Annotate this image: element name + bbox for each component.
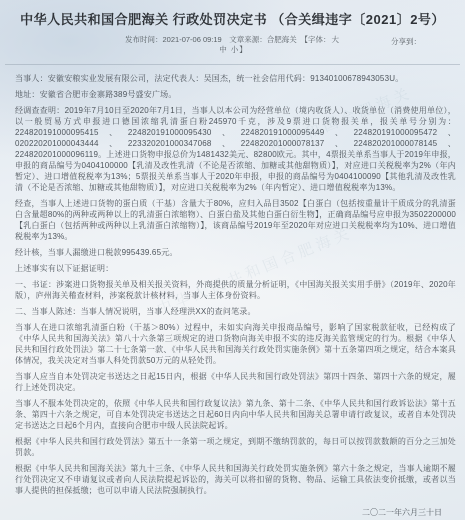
font-size-large-button[interactable]: 大 bbox=[331, 35, 339, 44]
document-page: 中华人民共和国合肥海关 中华人民共和国合肥海关 中华人民共和国合肥海关 行政处罚… bbox=[0, 0, 465, 520]
paragraph-late-fee: 根据《中华人民共和国行政处罚法》第五十一条第一项之规定，到期不缴纳罚款的，每日可… bbox=[15, 436, 456, 458]
font-size-suffix: 】 bbox=[239, 45, 247, 54]
paragraph-compliance-deadline: 当事人应当自本处罚决定书送达之日起15日内，根据《中华人民共和国行政处罚法》第四… bbox=[15, 371, 456, 393]
font-size-prefix: 【字体： bbox=[304, 35, 330, 44]
font-size-small-button[interactable]: 小 bbox=[231, 45, 239, 54]
published-value: 2021-07-06 09:19 bbox=[163, 35, 222, 44]
paragraph-classification: 经查，当事人上述进口货物的蛋白质（干基）含量大于80%，应归入品目3502【白蛋… bbox=[15, 198, 456, 242]
paragraph-party: 当事人：安徽安粮实业发展有限公司，法定代表人：吴国杰，统一社会信用代码：9134… bbox=[15, 73, 456, 84]
document-date: 二〇二一年六月三十日 bbox=[15, 507, 442, 518]
paragraph-appeal-rights: 当事人不服本处罚决定的，依照《中华人民共和国行政复议法》第九条、第十二条、《中华… bbox=[15, 398, 456, 431]
paragraph-evidence-statement: 二、当事人陈述：当事人情况说明，当事人经理洪XX的查问笔录。 bbox=[15, 306, 456, 317]
font-size-medium-button[interactable]: 中 bbox=[219, 45, 227, 54]
meta-info: 发布时间：2021-07-06 09:19 文章来源：合肥海关 【字体：大 中 … bbox=[124, 35, 342, 55]
paragraph-address: 地址：安徽省合肥市金寨路389号盛安广场。 bbox=[15, 89, 456, 100]
paragraph-penalty-decision: 当事人在进口浓缩乳清蛋白粉（干基＞80%）过程中，未如实向海关申报商品编号，影响… bbox=[15, 322, 456, 366]
paragraph-evidence-heading: 上述事实有以下证据证明： bbox=[15, 263, 456, 274]
meta-row: 发布时间：2021-07-06 09:19 文章来源：合肥海关 【字体：大 中 … bbox=[0, 35, 465, 61]
paragraph-evidence-documents: 一、书证：涉案进口货物报关单及相关报关资料，外商提供的质量分析证明，《中国海关报… bbox=[15, 279, 456, 301]
share-button[interactable]: 分享到： bbox=[391, 36, 421, 47]
page-title: 中华人民共和国合肥海关 行政处罚决定书 （合关缉违字〔2021〕2号） bbox=[0, 0, 465, 28]
paragraph-enforcement: 根据《中华人民共和国海关法》第九十三条、《中华人民共和国海关行政处罚实施条例》第… bbox=[15, 463, 456, 496]
document-body: 当事人：安徽安粮实业发展有限公司，法定代表人：吴国杰，统一社会信用代码：9134… bbox=[0, 65, 465, 518]
source-value: 合肥海关 bbox=[267, 35, 297, 44]
source-label: 文章来源： bbox=[229, 35, 267, 44]
paragraph-investigation: 经调查查明：2019年7月10日至2020年7月1日，当事人以本公司为经营单位（… bbox=[15, 105, 456, 193]
published-label: 发布时间： bbox=[125, 35, 163, 44]
paragraph-tax-owed: 经计核，当事人漏缴进口税款995439.65元。 bbox=[15, 247, 456, 258]
